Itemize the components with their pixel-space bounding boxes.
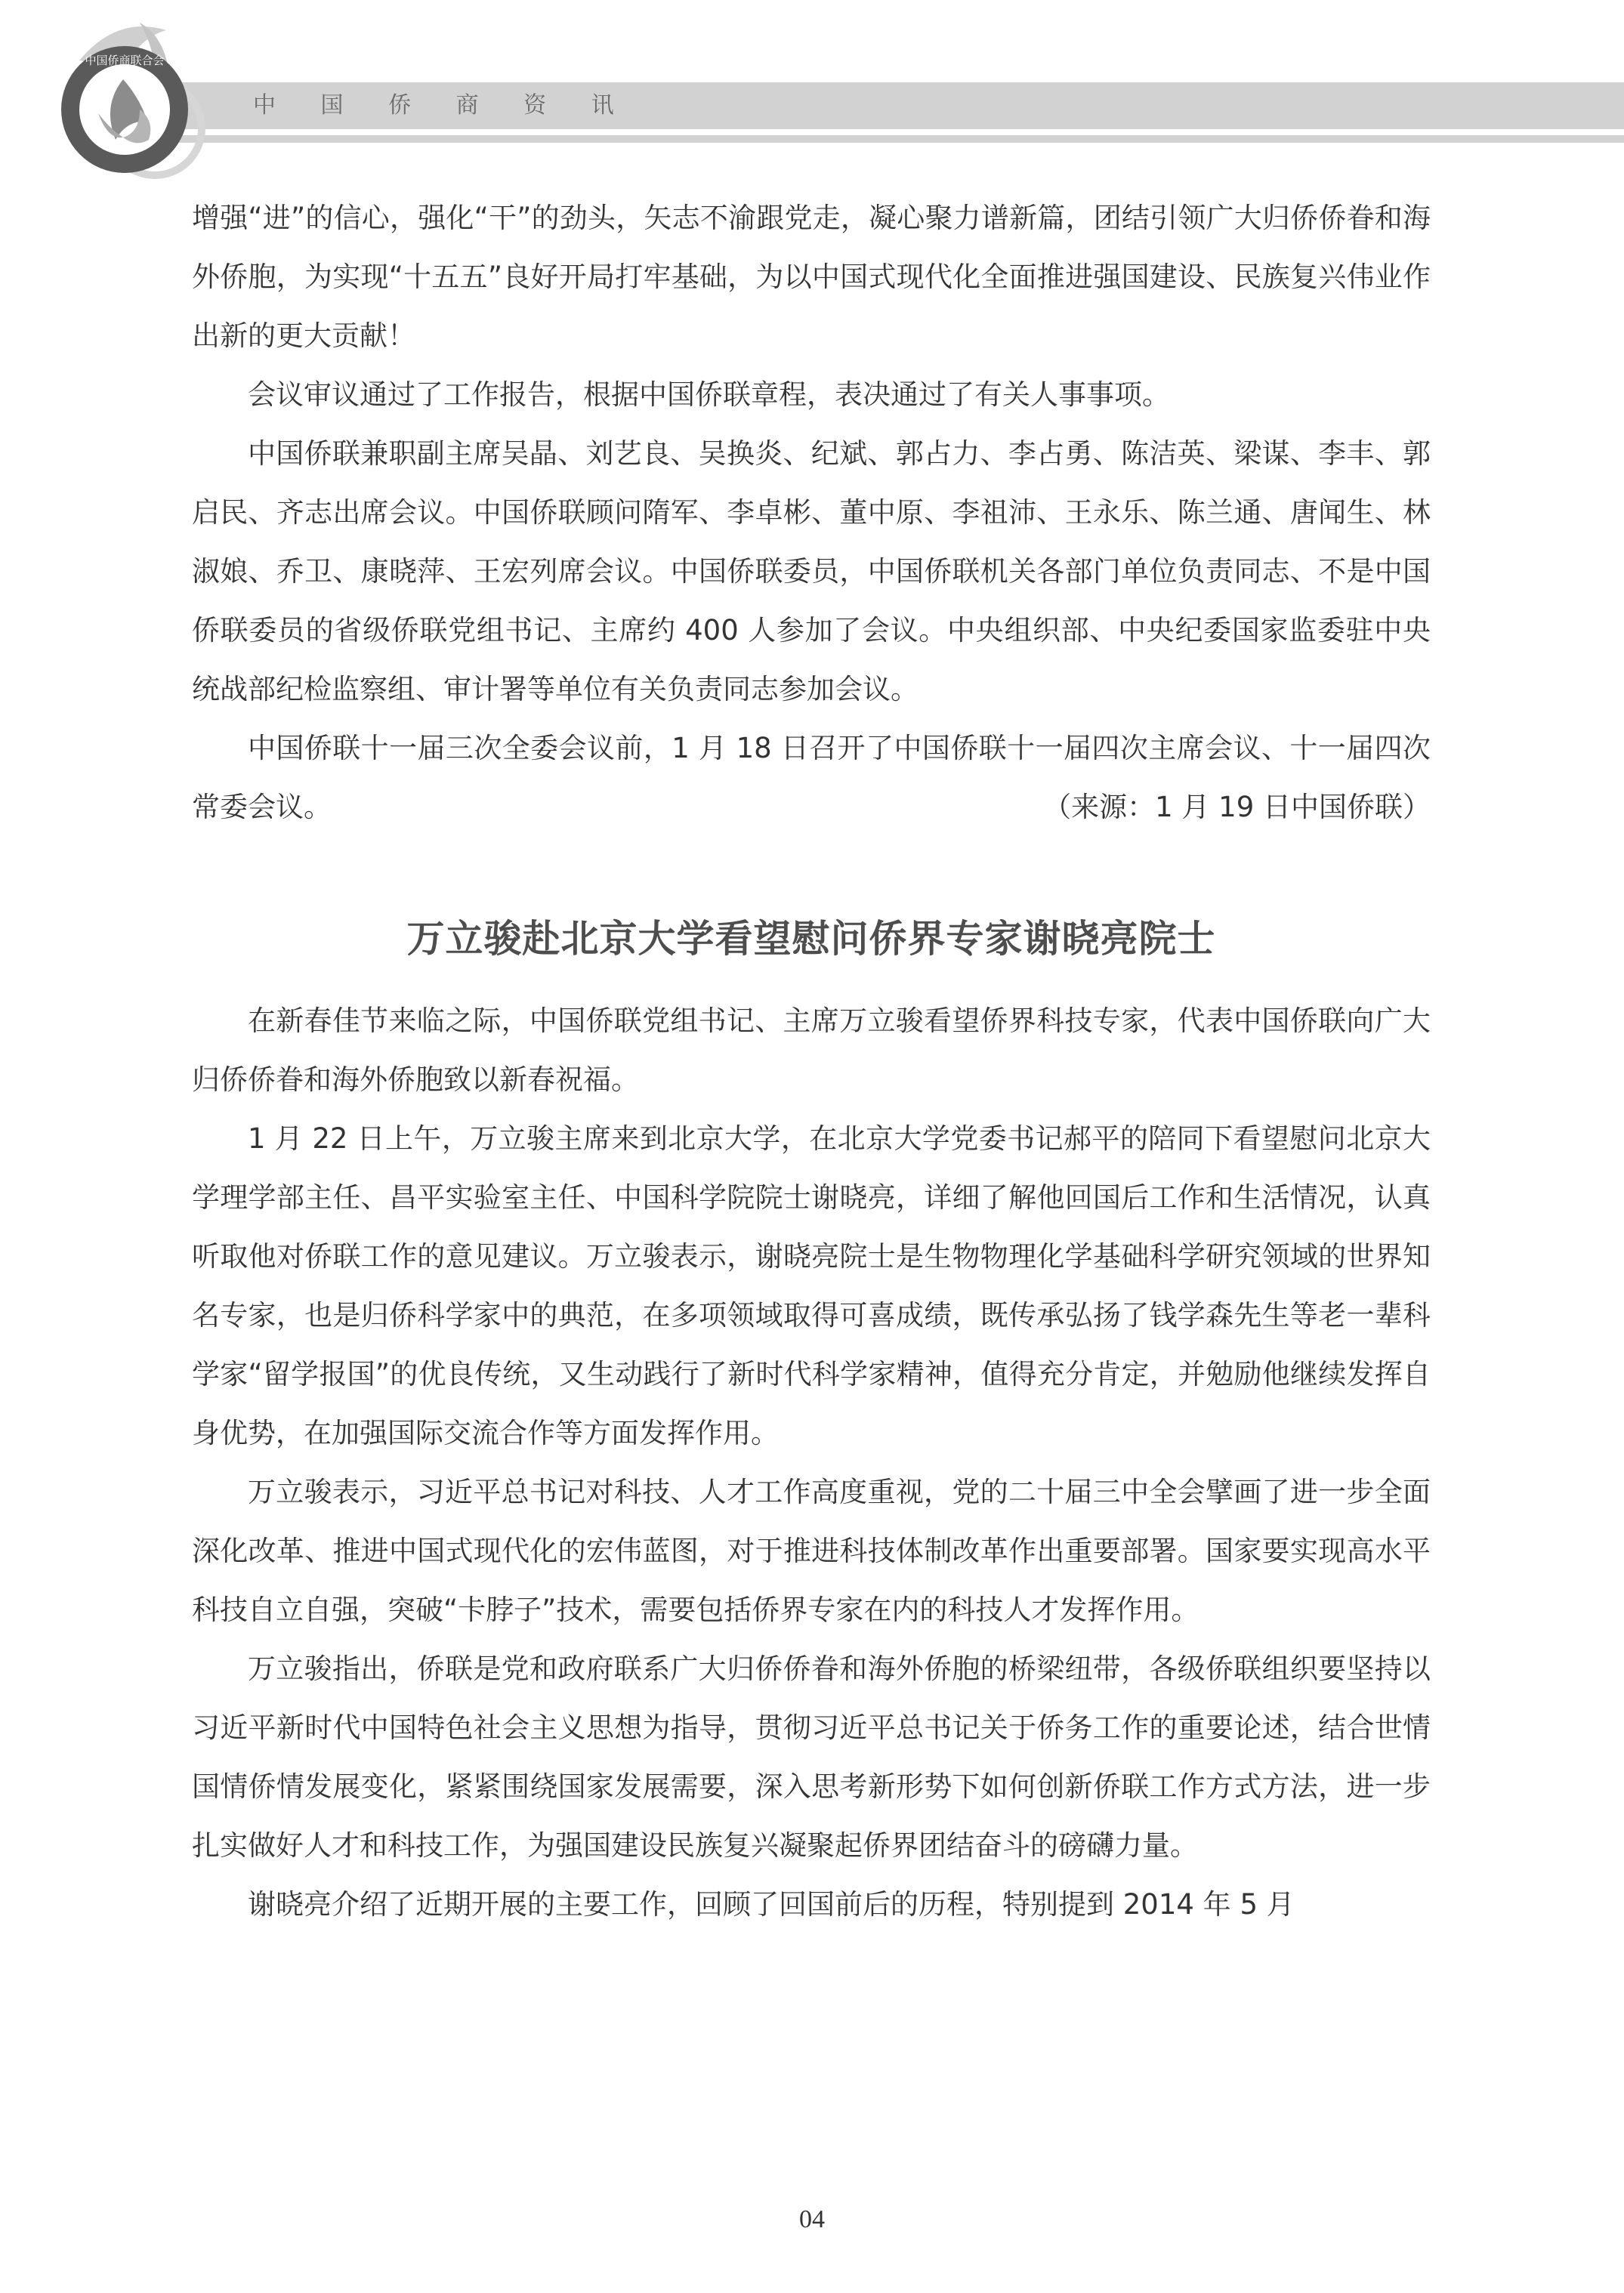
header-rule-divider <box>117 135 1624 143</box>
article-content: 增强“进”的信心，强化“干”的劲头，矢志不渝跟党走，凝心聚力谱新篇，团结引领广大… <box>192 189 1431 1934</box>
paragraph: 增强“进”的信心，强化“干”的劲头，矢志不渝跟党走，凝心聚力谱新篇，团结引领广大… <box>192 189 1431 366</box>
page-header: 中 国 侨 商 资 讯 中国侨商联合会 <box>0 0 1624 174</box>
paragraph: 1 月 22 日上午，万立骏主席来到北京大学，在北京大学党委书记郝平的陪同下看望… <box>192 1109 1431 1463</box>
federation-logo-icon: 中国侨商联合会 <box>34 8 215 181</box>
paragraph: 在新春佳节来临之际，中国侨联党组书记、主席万立骏看望侨界科技专家，代表中国侨联向… <box>192 992 1431 1109</box>
paragraph: 万立骏表示，习近平总书记对科技、人才工作高度重视，党的二十届三中全会擘画了进一步… <box>192 1463 1431 1640</box>
article-title: 万立骏赴北京大学看望慰问侨界专家谢晓亮院士 <box>192 909 1431 969</box>
page-number: 04 <box>0 2205 1624 2234</box>
paragraph: 万立骏指出，侨联是党和政府联系广大归侨侨眷和海外侨胞的桥梁纽带，各级侨联组织要坚… <box>192 1640 1431 1875</box>
publication-title: 中 国 侨 商 资 讯 <box>253 86 633 125</box>
source-citation: （来源：1 月 19 日中国侨联） <box>192 778 1431 837</box>
logo-text-cn: 中国侨商联合会 <box>85 54 164 67</box>
paragraph: 会议审议通过了工作报告，根据中国侨联章程，表决通过了有关人事事项。 <box>192 366 1431 424</box>
paragraph: 中国侨联兼职副主席吴晶、刘艺良、吴换炎、纪斌、郭占力、李占勇、陈洁英、梁谋、李丰… <box>192 424 1431 719</box>
paragraph: 谢晓亮介绍了近期开展的主要工作，回顾了回国前后的历程，特别提到 2014 年 5… <box>192 1875 1431 1934</box>
